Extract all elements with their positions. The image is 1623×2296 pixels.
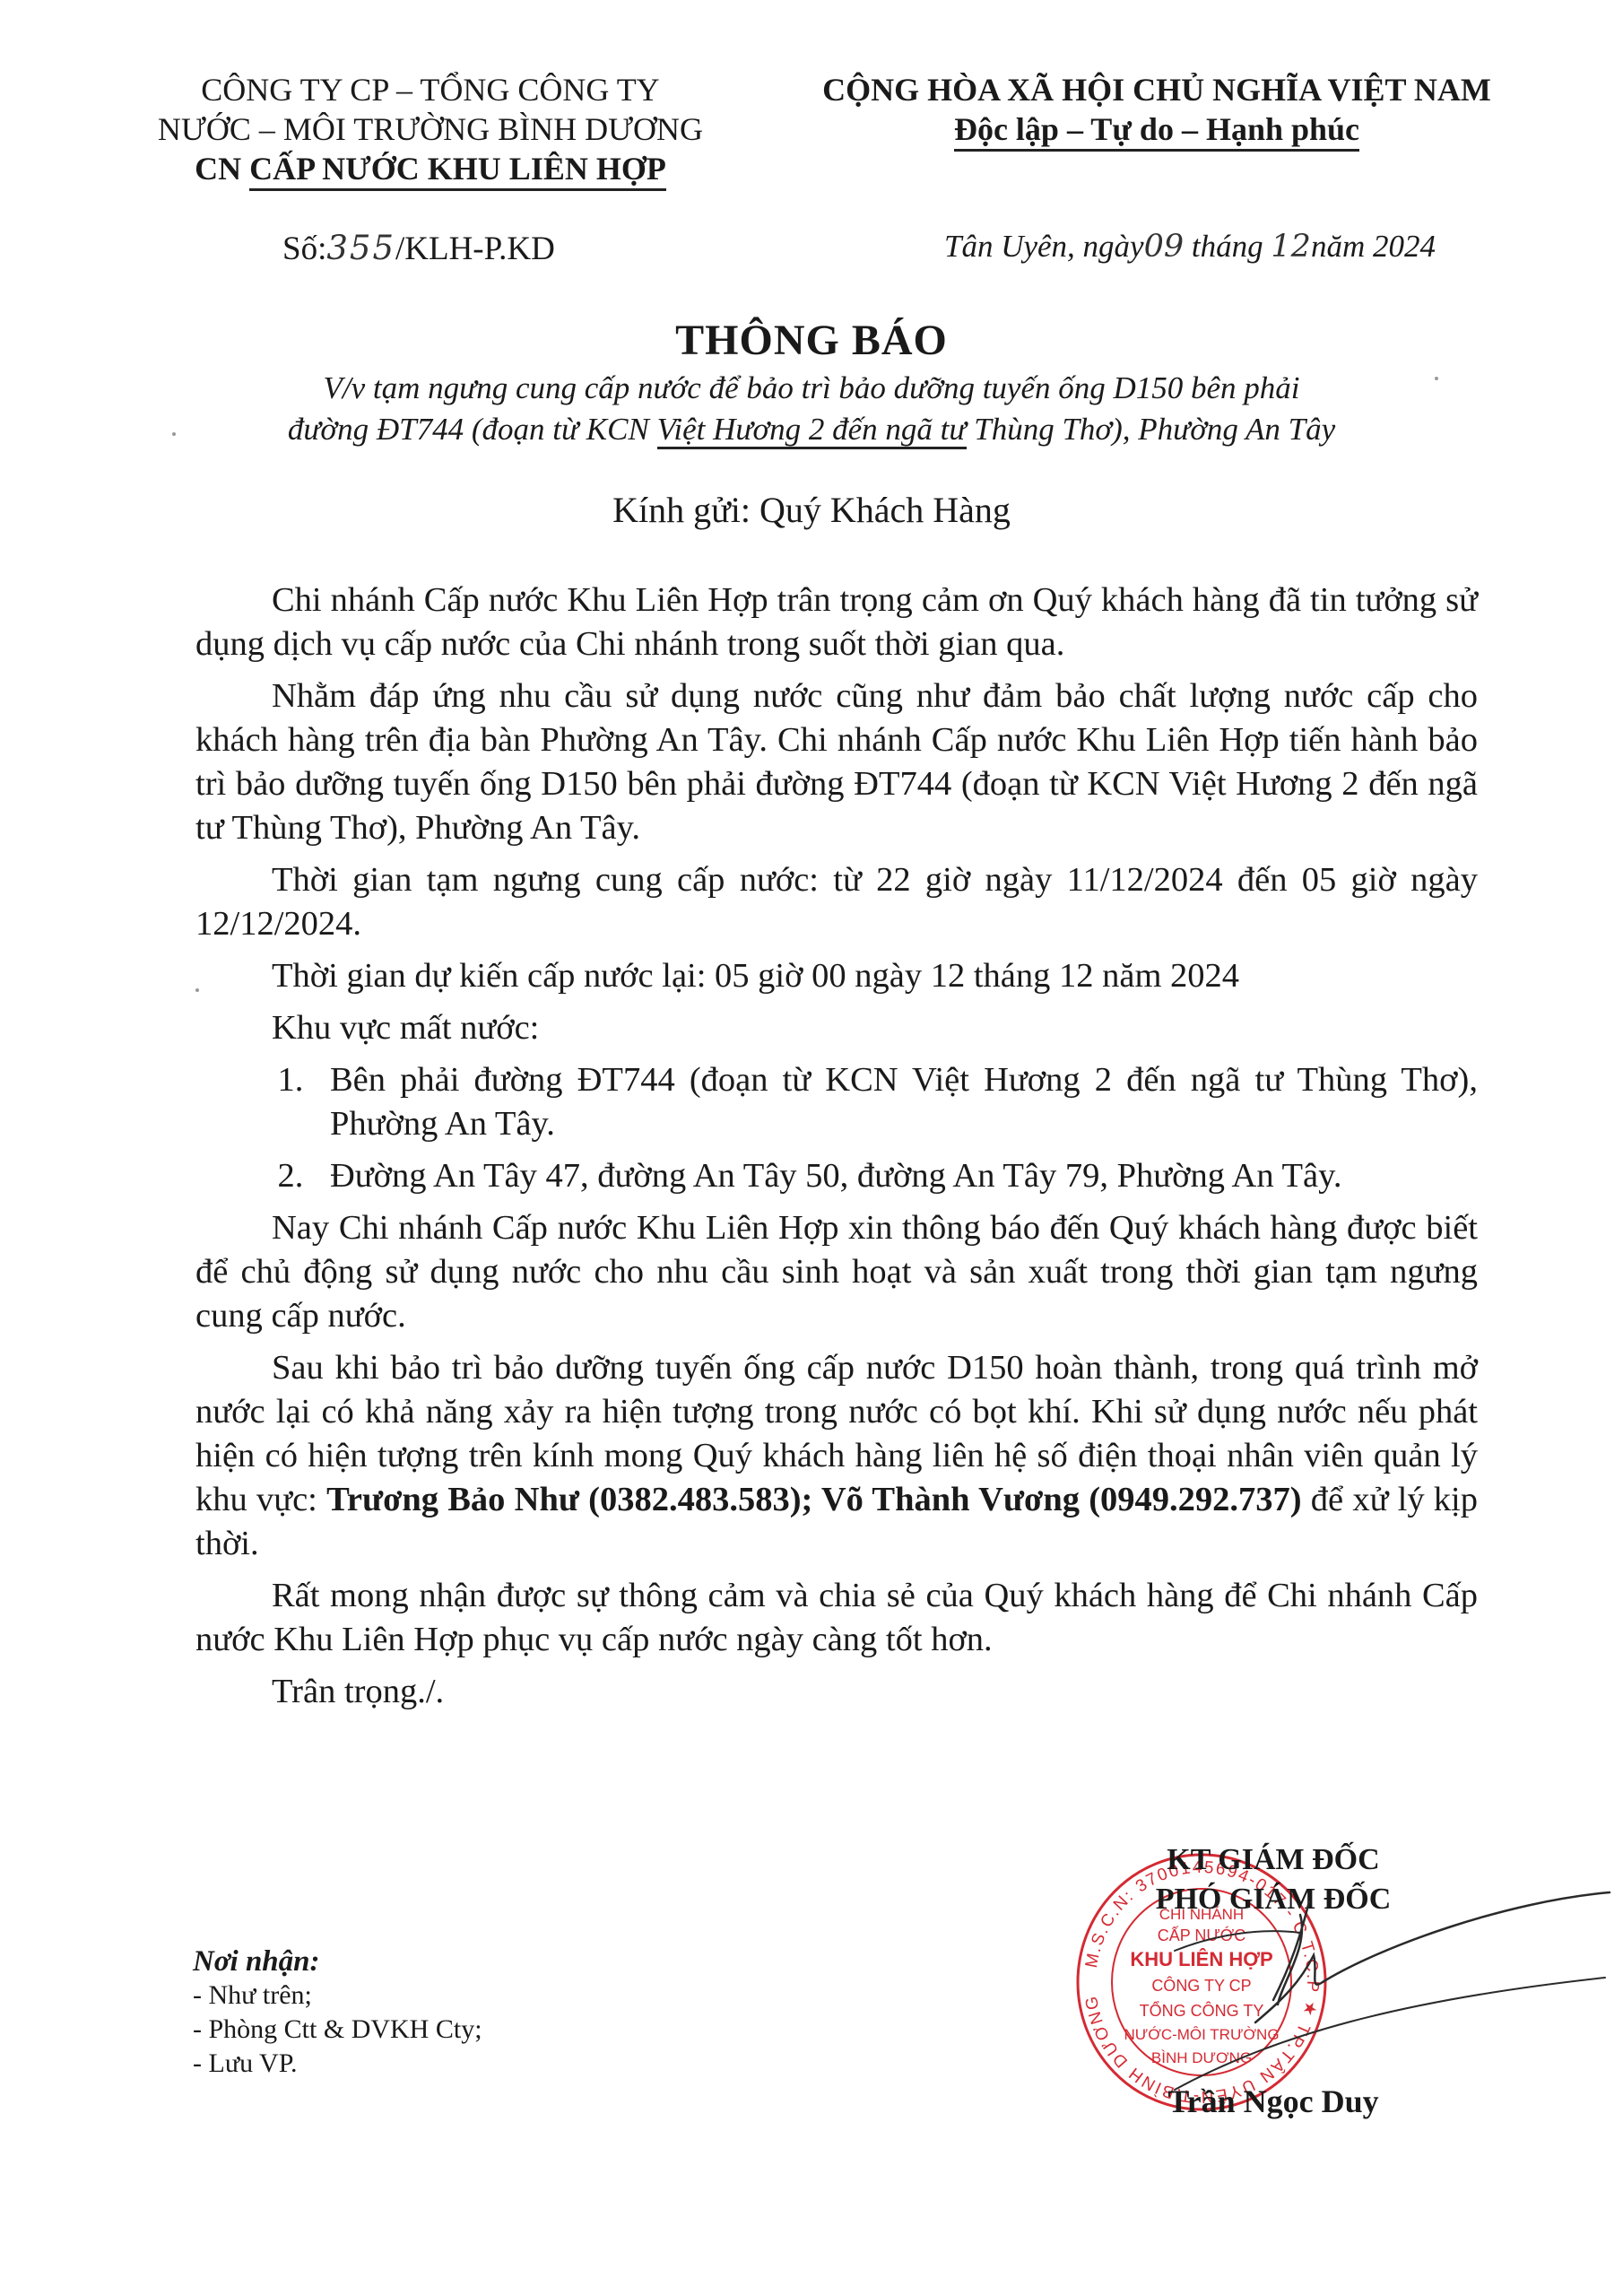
paragraph-affected-areas-heading: Khu vực mất nước: xyxy=(195,1006,1478,1050)
signatory-title: KT GIÁM ĐỐC PHÓ GIÁM ĐỐC xyxy=(1076,1840,1471,1919)
svg-text:KHU LIÊN HỢP: KHU LIÊN HỢP xyxy=(1130,1948,1272,1970)
paragraph-notice: Nay Chi nhánh Cấp nước Khu Liên Hợp xin … xyxy=(195,1206,1478,1338)
document-body: Chi nhánh Cấp nước Khu Liên Hợp trân trọ… xyxy=(195,578,1478,1722)
svg-text:CÔNG TY CP: CÔNG TY CP xyxy=(1151,1976,1251,1995)
issuer-parent-company-line1: CÔNG TY CP – TỔNG CÔNG TY xyxy=(126,70,735,109)
paragraph-purpose: Nhằm đáp ứng nhu cầu sử dụng nước cũng n… xyxy=(195,674,1478,850)
document-number: Số:355/KLH-P.KD xyxy=(282,229,555,268)
paragraph-contact: Sau khi bảo trì bảo dưỡng tuyến ống cấp … xyxy=(195,1346,1478,1566)
signatory-name: Trần Ngọc Duy xyxy=(1076,2083,1471,2120)
paragraph-appreciation: Rất mong nhận được sự thông cảm và chia … xyxy=(195,1574,1478,1662)
recipient-item: - Phòng Ctt & DVKH Cty; xyxy=(193,2013,482,2047)
paragraph-outage-time: Thời gian tạm ngưng cung cấp nước: từ 22… xyxy=(195,858,1478,946)
contact-persons: Trương Bảo Như (0382.483.583); Võ Thành … xyxy=(326,1481,1302,1518)
list-item: Đường An Tây 47, đường An Tây 50, đường … xyxy=(312,1154,1478,1198)
salutation: Kính gửi: Quý Khách Hàng xyxy=(0,489,1623,531)
recipient-item: - Lưu VP. xyxy=(193,2047,482,2081)
handwritten-day: 09 xyxy=(1144,229,1185,265)
handwritten-month: 12 xyxy=(1271,229,1311,265)
svg-text:CẤP NƯỚC: CẤP NƯỚC xyxy=(1158,1926,1246,1944)
document-subject: V/v tạm ngưng cung cấp nước để bảo trì b… xyxy=(179,368,1444,450)
national-header: CỘNG HÒA XÃ HỘI CHỦ NGHĨA VIỆT NAM Độc l… xyxy=(771,70,1542,149)
document-title: THÔNG BÁO xyxy=(0,316,1623,365)
scan-speck xyxy=(172,432,176,436)
affected-areas-list: Bên phải đường ĐT744 (đoạn từ KCN Việt H… xyxy=(195,1058,1478,1198)
svg-text:NƯỚC-MÔI TRƯỜNG: NƯỚC-MÔI TRƯỜNG xyxy=(1124,2026,1279,2043)
paragraph-restore-time: Thời gian dự kiến cấp nước lại: 05 giờ 0… xyxy=(195,954,1478,998)
issuer-header: CÔNG TY CP – TỔNG CÔNG TY NƯỚC – MÔI TRƯ… xyxy=(126,70,735,188)
date-line: Tân Uyên, ngày09 tháng 12năm 2024 xyxy=(944,229,1436,265)
issuer-parent-company-line2: NƯỚC – MÔI TRƯỜNG BÌNH DƯƠNG xyxy=(126,109,735,149)
recipients-block: Nơi nhận: - Như trên; - Phòng Ctt & DVKH… xyxy=(193,1944,482,2081)
svg-text:TỔNG CÔNG TY: TỔNG CÔNG TY xyxy=(1140,2001,1264,2020)
national-title: CỘNG HÒA XÃ HỘI CHỦ NGHĨA VIỆT NAM xyxy=(771,70,1542,109)
national-motto: Độc lập – Tự do – Hạnh phúc xyxy=(771,109,1542,149)
closing: Trân trọng./. xyxy=(195,1670,1478,1714)
scan-speck xyxy=(195,988,199,992)
svg-text:BÌNH DƯƠNG: BÌNH DƯƠNG xyxy=(1151,2049,1252,2066)
issuer-branch-name: CN CẤP NƯỚC KHU LIÊN HỢP xyxy=(126,149,735,188)
handwritten-number: 355 xyxy=(326,229,395,267)
recipients-heading: Nơi nhận: xyxy=(193,1944,482,1979)
paragraph-thanks: Chi nhánh Cấp nước Khu Liên Hợp trân trọ… xyxy=(195,578,1478,666)
list-item: Bên phải đường ĐT744 (đoạn từ KCN Việt H… xyxy=(312,1058,1478,1146)
recipient-item: - Như trên; xyxy=(193,1979,482,2013)
scan-speck xyxy=(1435,377,1438,380)
